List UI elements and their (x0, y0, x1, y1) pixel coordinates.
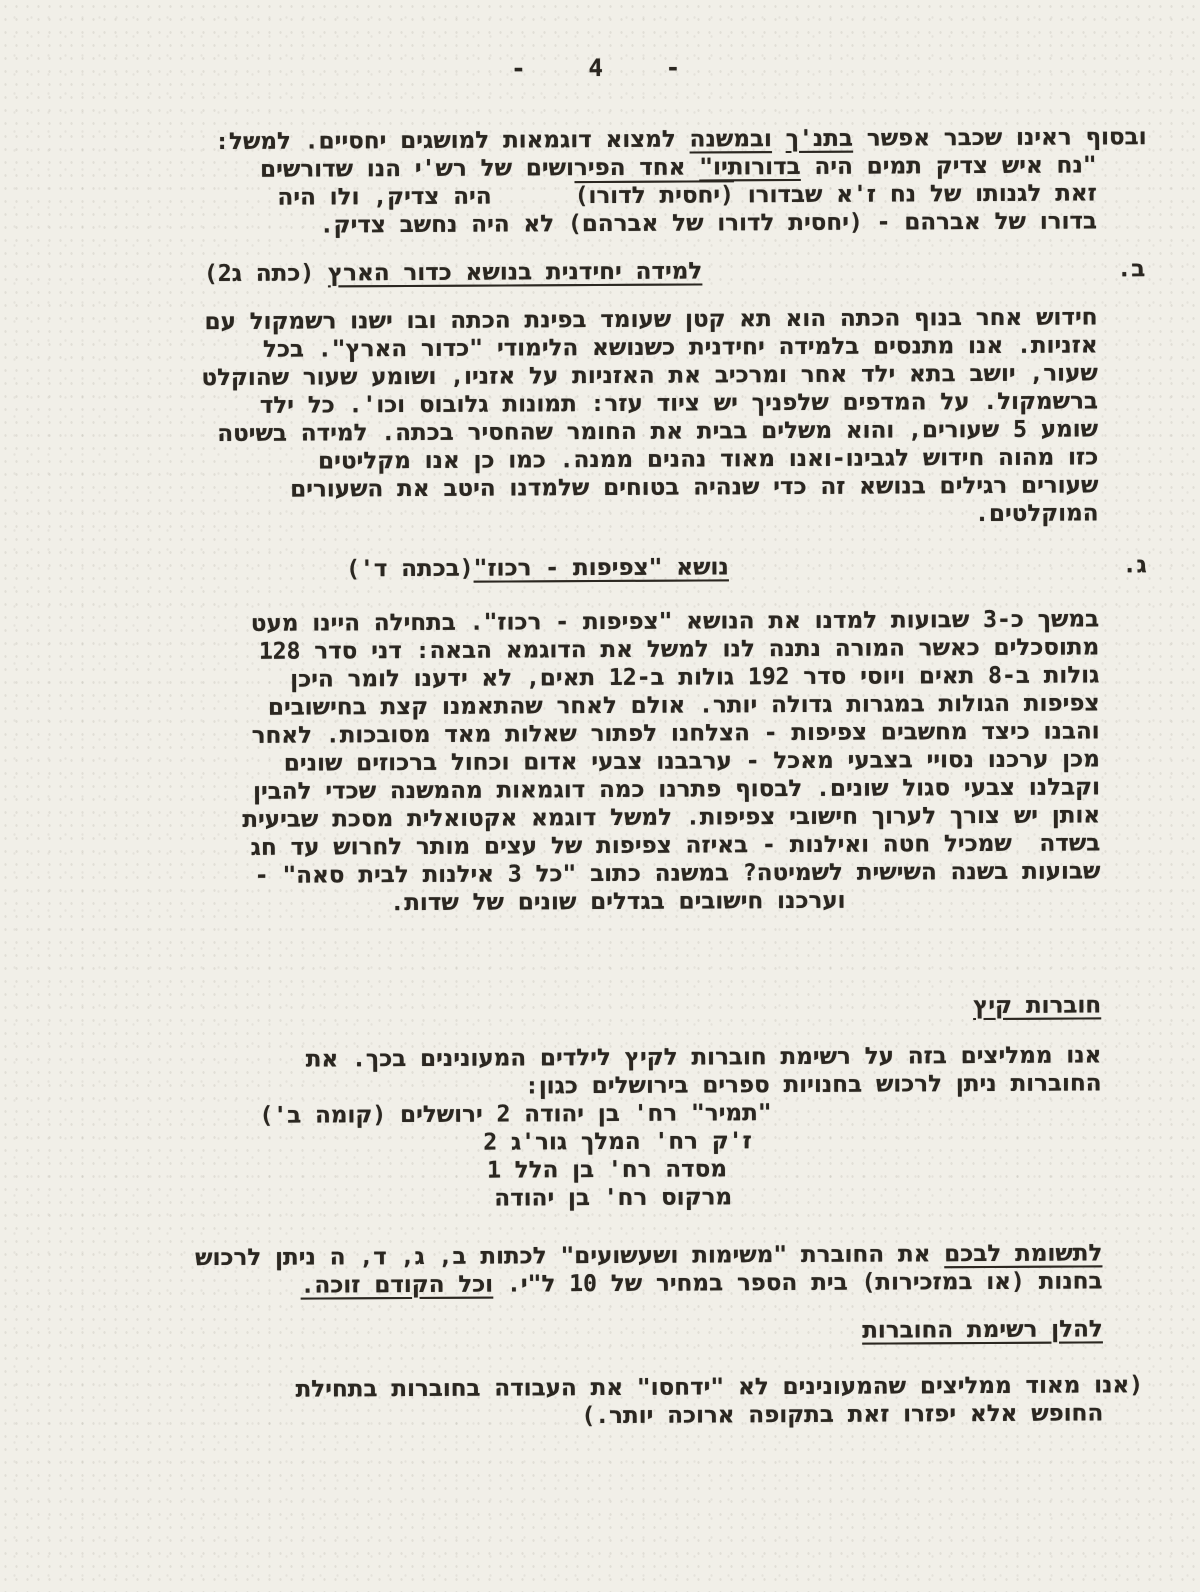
text-segment: ובמשנה (690, 126, 772, 152)
section-g-heading-class-note: (בכתה ד') (346, 556, 474, 583)
text-line: ז'ק רח' המלך גור'ג 2 (62, 1127, 752, 1159)
text-segment: היה צדיק, ולו היה (277, 183, 574, 211)
section-b-heading-title: למידה יחידנית בנושא כדור הארץ (328, 258, 702, 286)
text-segment: חידוש אחר בנוף הכתה הוא תא קטן שעומד בפי… (204, 304, 1097, 335)
section-b-paragraph: חידוש אחר בנוף הכתה הוא תא קטן שעומד בפי… (57, 303, 1098, 532)
text-segment: מסדה רח' בן הלל 1 (487, 1156, 727, 1183)
text-segment: אחד הפירושים של רש'י הנו שדורשים (260, 154, 699, 182)
text-segment: "תמיר" רח' בן יהודה 2 ירושלים (קומה ב') (259, 1100, 771, 1129)
text-segment: ברשמקול. על המדפים שלפניך יש ציוד עזר: ת… (260, 388, 1098, 418)
section-b-marker: ב. (1117, 255, 1145, 283)
section-g-heading-title: נושא "צפיפות - רכוז" (474, 554, 729, 581)
section-b-heading-class-note: (כתה ג2) (204, 260, 328, 287)
text-segment: לתשומת לבכם (944, 1240, 1102, 1267)
text-segment: אזניות. אנו מתנסים בלמידה יחידנית כשנושא… (263, 332, 1098, 362)
text-segment: שומע 5 שעורים, והוא משלים בבית את החומר … (217, 416, 1098, 447)
text-line: החופש אלא יפזרו זאת בתקופה ארוכה יותר.) (63, 1399, 1103, 1432)
text-line: וערכנו חישובים בגדלים שונים של שדות. (60, 887, 845, 919)
text-segment (772, 126, 786, 152)
text-line: שבועות בשנה השישית לשמיטה? במשנה כתוב "כ… (60, 857, 1100, 890)
text-segment: (אנו מאוד ממליצים שהמעונינים לא "ידחסו" … (295, 1372, 1143, 1402)
text-segment: את החוברת "משימות ושעשועים" לכתות ב, ג, … (195, 1241, 944, 1271)
text-segment: וקבלנו צבעי סגול שונים. לבסוף פתרנו כמה … (253, 774, 1100, 804)
text-segment: בתנ'ך (786, 126, 853, 152)
text-segment: בדורו של אברהם - (יחסית לדורו של אברהם) … (320, 208, 1097, 238)
text-line: המוקלטים. (58, 499, 1098, 532)
intro-paragraph: ובסוף ראינו שכבר אפשר בתנ'ך ובמשנה למצוא… (56, 123, 1097, 240)
text-line: מסדה רח' בן הלל 1 (62, 1155, 727, 1186)
text-segment: צפיפות הגולות במגרות גדולה יותר. אולם לא… (268, 690, 1100, 720)
text-segment: כזו מהוה חידוש לגבינו-ואנו מאוד נהנים ממ… (318, 444, 1098, 474)
text-segment: אותן יש צורך לערוך חישובי צפיפות. למשל ד… (242, 802, 1100, 832)
text-segment: בחנות (או במזכירות) בית הספר במחיר של 10… (493, 1268, 1103, 1297)
text-segment: בדורותיו" (699, 154, 801, 181)
text-segment: וערכנו חישובים בגדלים שונים של שדות. (390, 888, 845, 916)
scanned-document-page: - 4 - ובסוף ראינו שכבר אפשר בתנ'ך ובמשנה… (0, 0, 1200, 1592)
text-line: בחנות (או במזכירות) בית הספר במחיר של 10… (62, 1267, 1102, 1300)
text-segment: והבנו כיצד מחשבים צפיפות - הצלחנו לפתור … (252, 718, 1100, 748)
text-segment: גולות ב-8 תאים ויוסי סדר 192 גולות ב-12 … (290, 662, 1099, 692)
text-segment: למצוא דוגמאות למושגים יחסיים. למשל: (215, 127, 690, 155)
text-segment: בשדה שמכיל חטה ואילנות - באיזה צפיפות של… (251, 830, 1101, 860)
text-segment: החופש אלא יפזרו זאת בתקופה ארוכה יותר.) (581, 1400, 1103, 1429)
postscript-paragraph: (אנו מאוד ממליצים שהמעונינים לא "ידחסו" … (63, 1371, 1103, 1432)
text-segment: (יחסית לדורו) (575, 182, 734, 209)
summer-booklets-heading-row: חוברות קיץ (61, 991, 1101, 1024)
section-g-heading: נושא "צפיפות - רכוז"(בכתה ד') (59, 553, 729, 585)
text-segment: שעור, יושב בתא ילד אחר ומרכיב את האזניות… (201, 360, 1098, 391)
text-segment: מכן ערכנו נסויי בצבעי מאכל - ערבבנו צבעי… (284, 746, 1100, 776)
text-segment: זאת לגנותו של נח ז'א שבדורו (734, 180, 1097, 208)
text-line: "תמיר" רח' בן יהודה 2 ירושלים (קומה ב') (62, 1099, 772, 1131)
text-segment: ז'ק רח' המלך גור'ג 2 (483, 1128, 752, 1155)
text-segment: אנו ממליצים בזה על רשימת חוברות לקיץ ליל… (306, 1042, 1102, 1072)
section-g-heading-row: נושא "צפיפות - רכוז"(בכתה ד') (59, 551, 1099, 584)
attention-note-paragraph: לתשומת לבכם את החוברת "משימות ושעשועים" … (62, 1239, 1102, 1300)
text-line: בדורו של אברהם - (יחסית לדורו של אברהם) … (57, 207, 1097, 240)
text-segment: החוברות ניתן לרכוש בחנויות ספרים בירושלי… (525, 1070, 1102, 1099)
booklet-list-heading-row: להלן רשימת החוברות (63, 1315, 1103, 1348)
text-segment: במשך כ-3 שבועות למדנו את הנושא "צפיפות -… (251, 606, 1099, 636)
document-sheet: - 4 - ובסוף ראינו שכבר אפשר בתנ'ך ובמשנה… (0, 0, 1200, 1592)
booklet-list-heading: להלן רשימת החוברות (862, 1316, 1103, 1343)
section-b-heading: למידה יחידנית בנושא כדור הארץ (כתה ג2) (57, 257, 702, 288)
text-segment: "נח איש צדיק תמים היה (801, 152, 1097, 180)
text-segment: מתוסכלים כאשר המורה נתנה לנו למשל את הדו… (259, 634, 1099, 664)
text-segment: ובסוף ראינו שכבר אפשר (853, 124, 1147, 152)
page-number: - 4 - (0, 51, 1196, 85)
summer-booklets-heading: חוברות קיץ (973, 992, 1101, 1019)
text-segment: וכל הקודם זוכה. (301, 1272, 494, 1299)
section-b-heading-row: למידה יחידנית בנושא כדור הארץ (כתה ג2) (57, 255, 1097, 288)
section-g-paragraph: במשך כ-3 שבועות למדנו את הנושא "צפיפות -… (59, 605, 1101, 918)
text-segment: המוקלטים. (975, 500, 1099, 527)
text-segment: מרקוס רח' בן יהודה (494, 1184, 732, 1211)
text-segment: שעורים רגילים בנושא זה כדי שנהיה בטוחים … (290, 472, 1098, 502)
section-g-marker: ג. (1123, 551, 1147, 579)
booklets-intro-paragraph: אנו ממליצים בזה על רשימת חוברות לקיץ ליל… (61, 1041, 1101, 1102)
text-line: מרקוס רח' בן יהודה (62, 1183, 732, 1215)
bookstore-list: "תמיר" רח' בן יהודה 2 ירושלים (קומה ב')ז… (62, 1097, 1103, 1214)
text-segment: שבועות בשנה השישית לשמיטה? במשנה כתוב "כ… (255, 858, 1101, 888)
text-line: שעורים רגילים בנושא זה כדי שנהיה בטוחים … (58, 471, 1098, 504)
